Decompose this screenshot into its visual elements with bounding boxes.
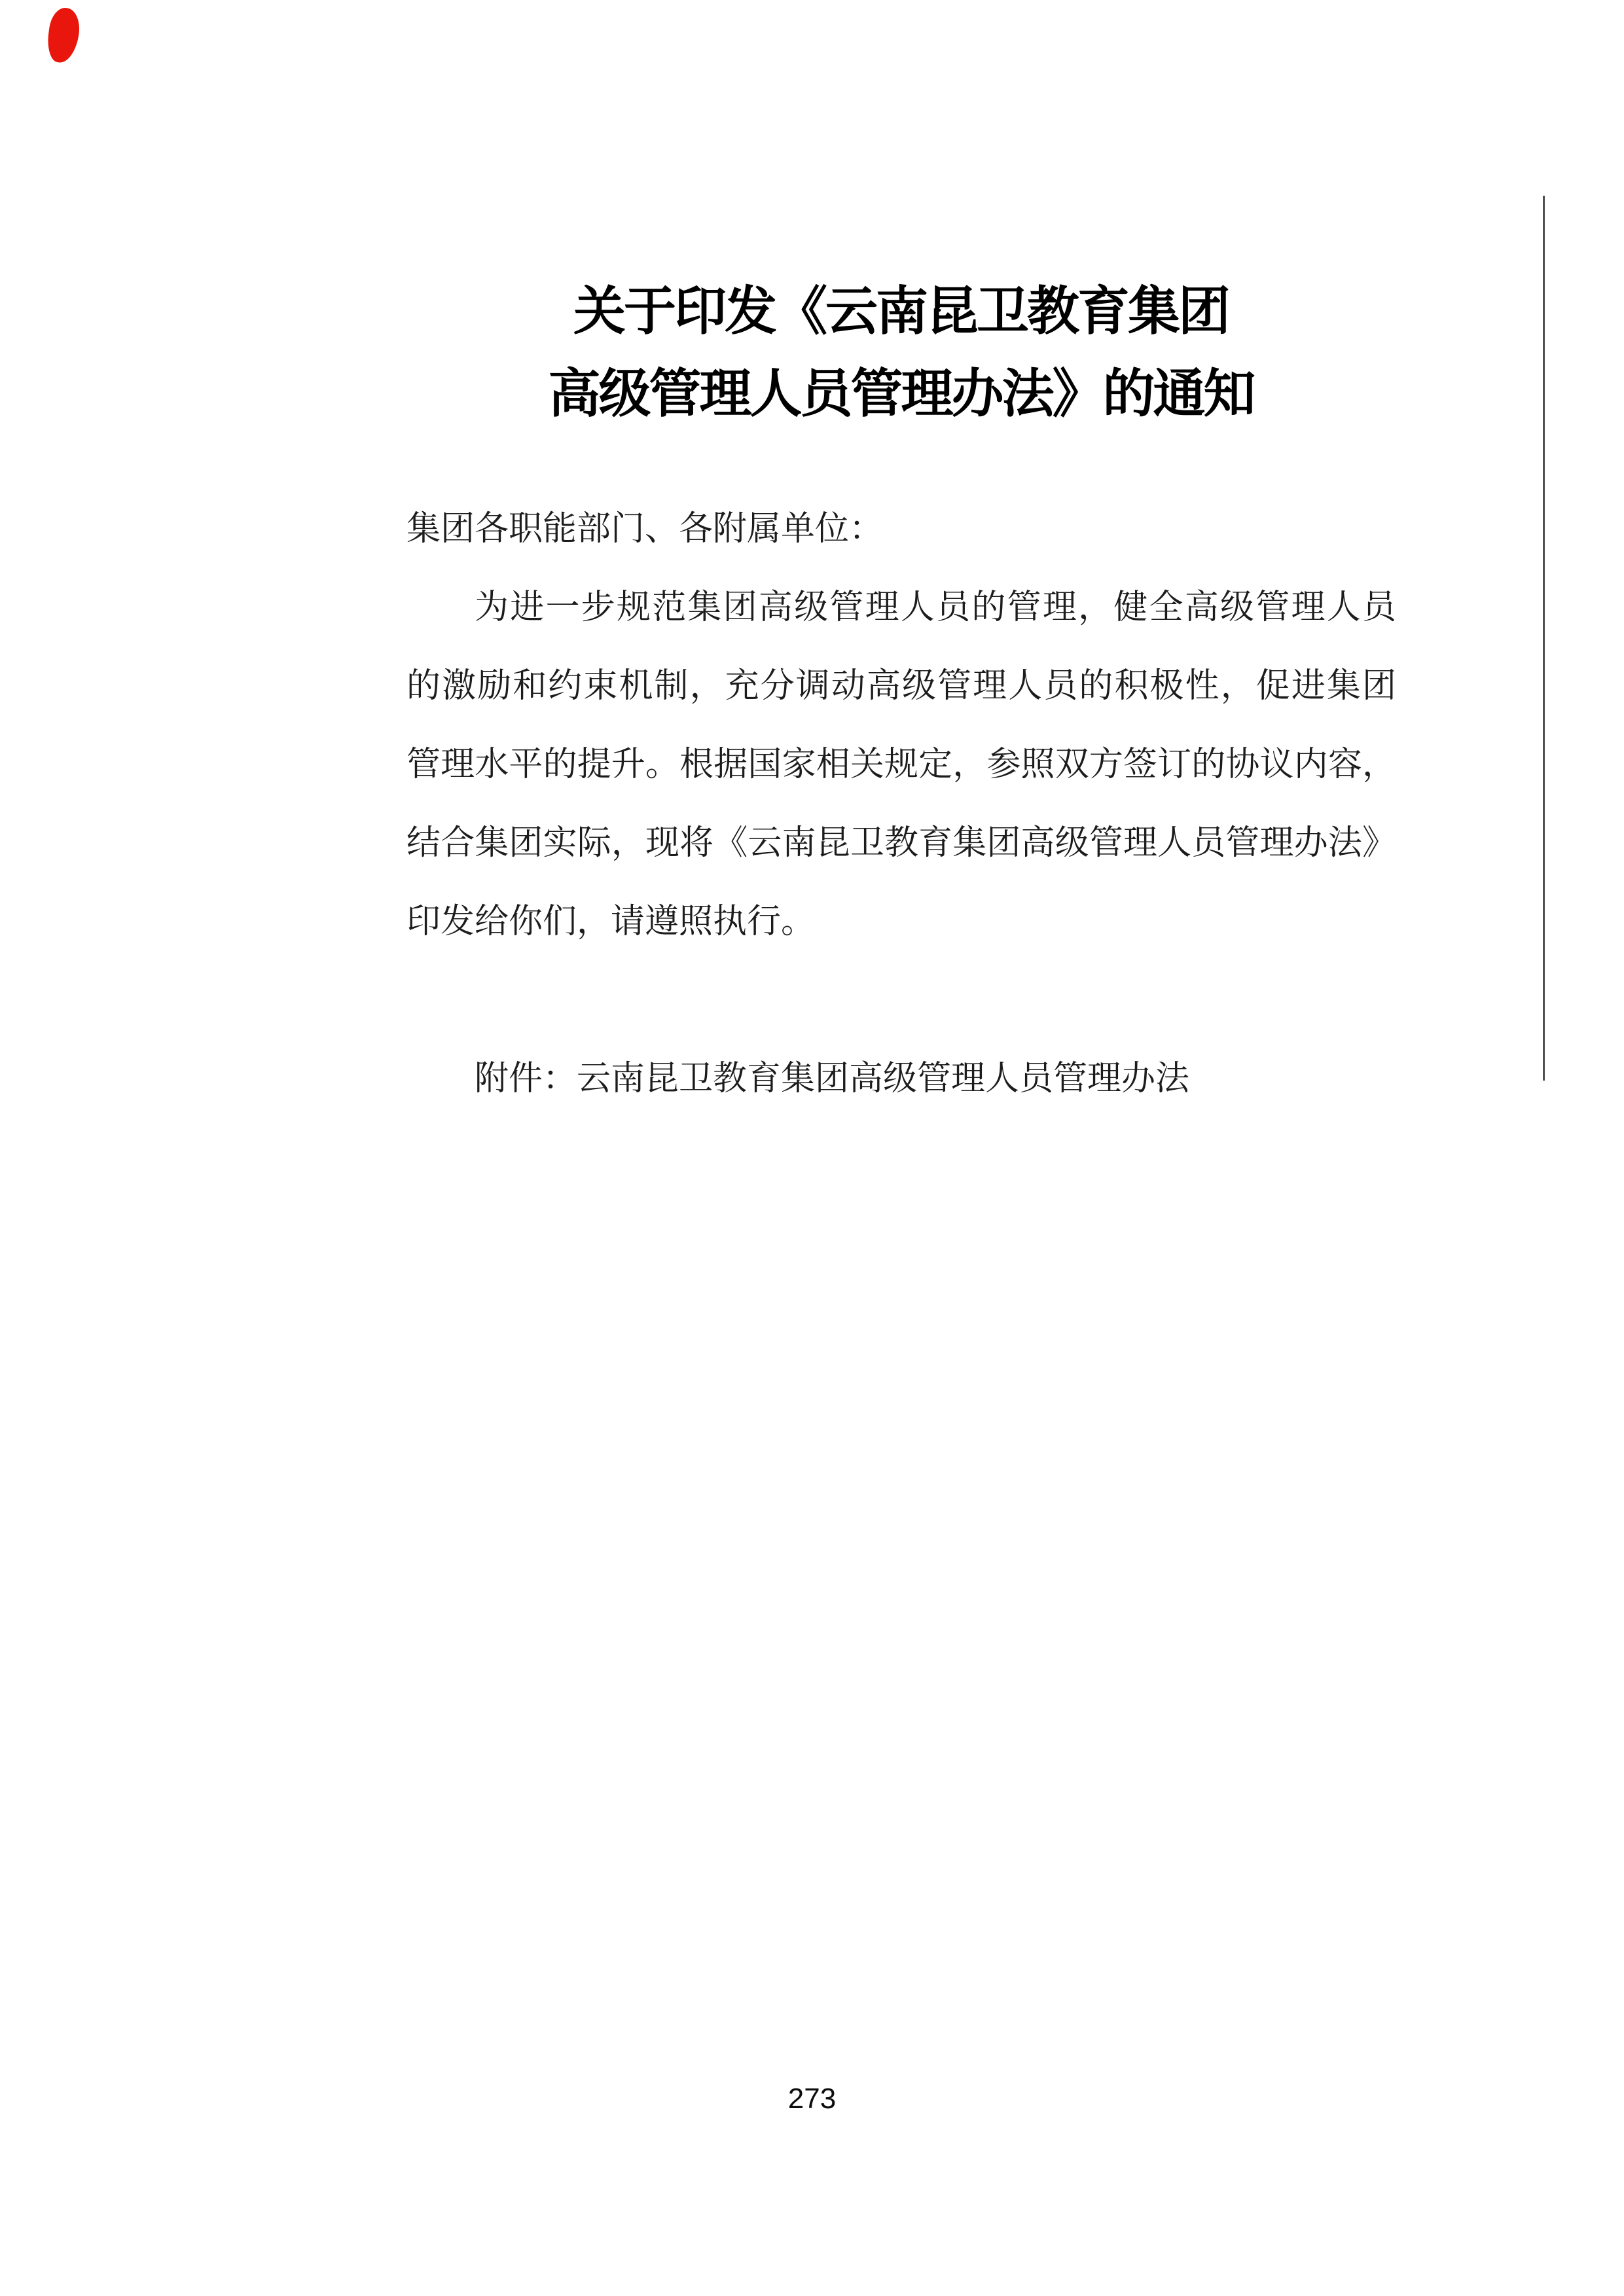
paragraph-line: 为进一步规范集团高级管理人员的管理，健全高级管理人员 [406,569,1396,647]
blank-line [406,961,1396,1040]
paragraph-line: 管理水平的提升。根据国家相关规定，参照双方签订的协议内容， [406,726,1396,804]
salutation-line: 集团各职能部门、各附属单位： [406,490,1396,569]
attachment-line: 附件：云南昆卫教育集团高级管理人员管理办法 [406,1040,1396,1119]
red-pen-mark [45,6,82,65]
notice-title-line2: 高级管理人员管理办法》的通知 [406,353,1396,436]
paragraph-line: 的激励和约束机制，充分调动高级管理人员的积极性，促进集团 [406,647,1396,726]
notice-title-line1: 关于印发《云南昆卫教育集团 [406,271,1396,353]
document-page: 关于印发《云南昆卫教育集团 高级管理人员管理办法》的通知 集团各职能部门、各附属… [0,0,1624,2296]
paragraph-line: 结合集团实际，现将《云南昆卫教育集团高级管理人员管理办法》 [406,804,1396,883]
right-vertical-rule [1543,196,1545,1081]
notice-body: 集团各职能部门、各附属单位： 为进一步规范集团高级管理人员的管理，健全高级管理人… [406,490,1396,1119]
paragraph-line: 印发给你们，请遵照执行。 [406,883,1396,961]
notice-title: 关于印发《云南昆卫教育集团 高级管理人员管理办法》的通知 [406,271,1396,436]
page-number: 273 [0,2083,1624,2115]
